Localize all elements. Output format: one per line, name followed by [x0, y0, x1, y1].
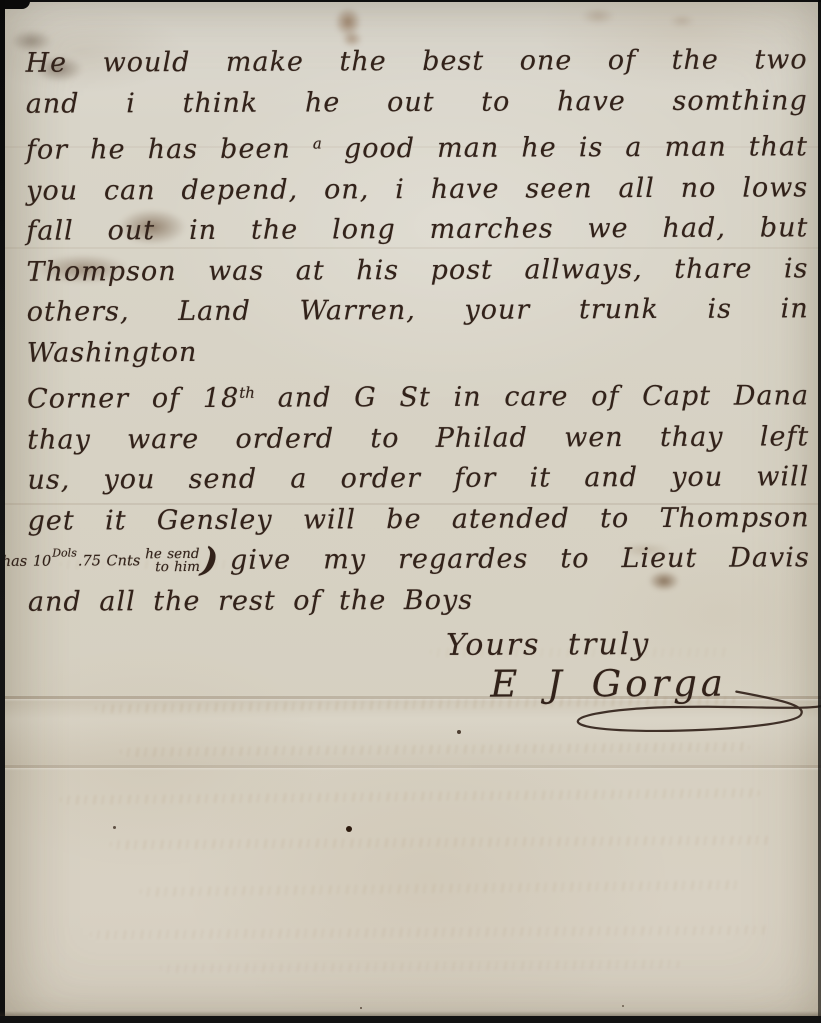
letter-line-12: has 10Dols.75 Cnts he send to him ) give… — [28, 538, 810, 582]
signature-block: E J Gorga — [490, 663, 810, 724]
line8-text: and G St in care of Capt Dana — [278, 380, 809, 413]
note-text: has 10 — [2, 555, 52, 568]
line3-inserted-word: a — [313, 134, 322, 152]
letter-line-7: others, Land Warren, your trunk is in Wa… — [27, 289, 809, 373]
letter-line-9: thay ware orderd to Philad wen thay left — [27, 417, 809, 461]
letter-line-13: and all the rest of the Boys — [28, 579, 810, 623]
letter-body: He would make the best one of the two an… — [26, 40, 811, 726]
letter-line-2: and i think he out to have somthing — [26, 81, 808, 125]
note-amount: .75 — [78, 555, 101, 568]
note-text: to him — [145, 561, 200, 574]
letter-scan: He would make the best one of the two an… — [0, 0, 821, 1023]
letter-line-4: you can depend, on, i have seen all no l… — [26, 168, 808, 212]
letter-closing: Yours truly — [446, 624, 810, 666]
note-cents-label: Cnts — [107, 555, 141, 568]
line12-text: give my regardes to Lieut Davis — [218, 538, 810, 581]
letter-line-10: us, you send a order for it and you will — [27, 457, 809, 501]
line3-text: for he has been — [26, 134, 291, 166]
letter-line-3: for he has been a good man he is a man t… — [26, 121, 808, 171]
note-stacked-words: he send to him — [145, 548, 200, 574]
line8-text: Corner of 18 — [27, 383, 239, 415]
letter-line-8: Corner of 18th and G St in care of Capt … — [27, 370, 809, 420]
letter-line-5: fall out in the long marches we had, but — [26, 208, 808, 252]
letter-line-1: He would make the best one of the two — [26, 40, 808, 84]
letter-line-6: Thompson was at his post allways, thare … — [26, 249, 808, 293]
signature-name: E J Gorga — [490, 661, 727, 705]
note-closing-paren: ) — [201, 554, 219, 569]
letter-line-11: get it Gensley will be atended to Thomps… — [28, 498, 810, 542]
line8-superscript: th — [239, 384, 255, 402]
note-dollars-label: Dols — [52, 546, 77, 559]
interlinear-money-note: has 10Dols.75 Cnts he send to him ) — [2, 548, 218, 575]
line3-text: good man he is a man that — [344, 131, 808, 164]
